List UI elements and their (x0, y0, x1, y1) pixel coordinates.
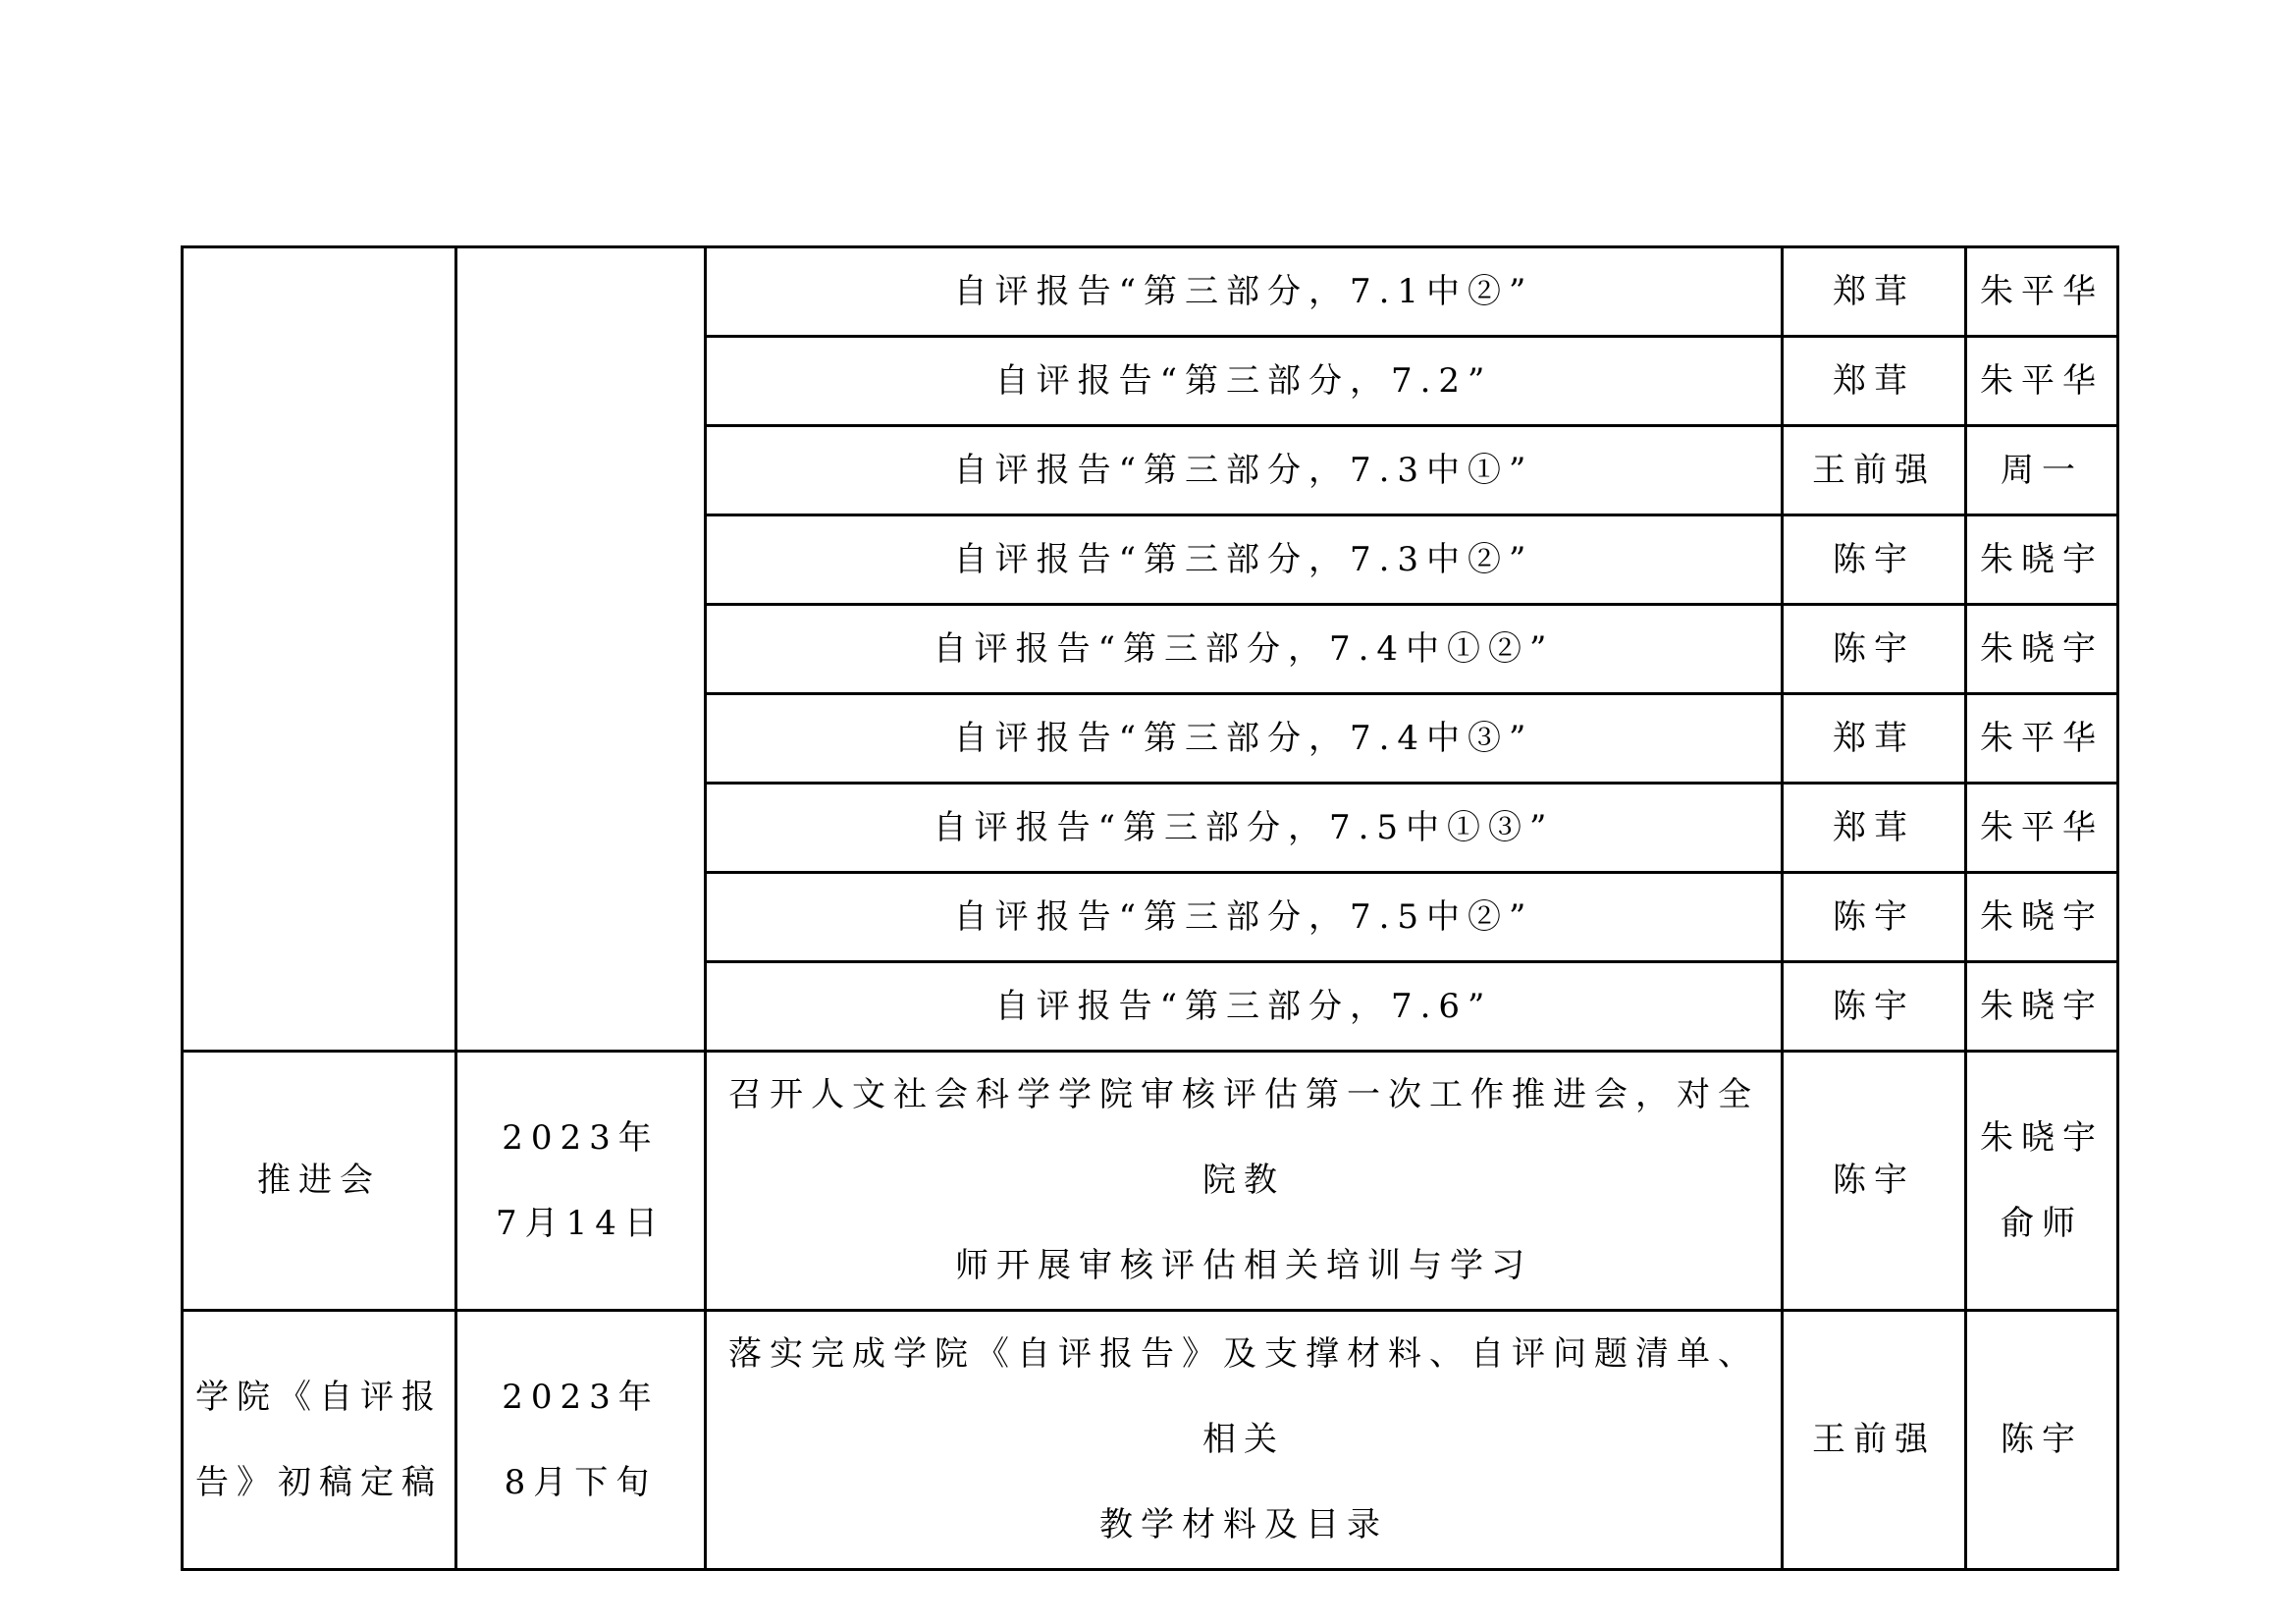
content-cell: 自评报告“第三部分，7.2” (706, 337, 1783, 426)
responsible-cell: 陈宇 (1783, 1052, 1966, 1311)
date-cell: 2023年 7月14日 (456, 1052, 706, 1311)
supervisor-cell: 陈宇 (1966, 1311, 2118, 1570)
table-row: 自评报告“第三部分，7.1中②” 郑茸 朱平华 (183, 247, 2118, 337)
responsible-cell: 陈宇 (1783, 873, 1966, 962)
responsible-cell: 陈宇 (1783, 962, 1966, 1052)
date-line: 2023年 (469, 1096, 692, 1181)
content-cell: 自评报告“第三部分，7.6” (706, 962, 1783, 1052)
supervisor-cell: 朱晓宇 俞师 (1966, 1052, 2118, 1311)
responsible-cell: 陈宇 (1783, 515, 1966, 605)
table-row-progress-meeting: 推进会 2023年 7月14日 召开人文社会科学学院审核评估第一次工作推进会，对… (183, 1052, 2118, 1311)
stage-line: 告》初稿定稿 (195, 1440, 443, 1526)
stage-cell-empty (183, 247, 456, 1052)
stage-line: 推进会 (195, 1138, 443, 1223)
work-schedule-table: 自评报告“第三部分，7.1中②” 郑茸 朱平华 自评报告“第三部分，7.2” 郑… (181, 245, 2119, 1571)
supervisor-cell: 朱平华 (1966, 784, 2118, 873)
responsible-cell: 郑茸 (1783, 694, 1966, 784)
supervisor-cell: 朱晓宇 (1966, 873, 2118, 962)
supervisor-cell: 朱平华 (1966, 247, 2118, 337)
stage-line: 学院《自评报 (195, 1355, 443, 1440)
date-cell: 2023年 8月下旬 (456, 1311, 706, 1570)
supervisor-line: 俞师 (1979, 1181, 2105, 1267)
content-cell: 自评报告“第三部分，7.5中②” (706, 873, 1783, 962)
supervisor-line: 朱晓宇 (1979, 1096, 2105, 1181)
responsible-cell: 郑茸 (1783, 784, 1966, 873)
document-page: 自评报告“第三部分，7.1中②” 郑茸 朱平华 自评报告“第三部分，7.2” 郑… (0, 0, 2296, 1624)
content-line: 召开人文社会科学学院审核评估第一次工作推进会，对全院教 (719, 1053, 1769, 1223)
supervisor-cell: 朱晓宇 (1966, 962, 2118, 1052)
responsible-line: 王前强 (1795, 1397, 1952, 1483)
content-line: 教学材料及目录 (719, 1483, 1769, 1568)
supervisor-cell: 朱晓宇 (1966, 605, 2118, 694)
responsible-cell: 陈宇 (1783, 605, 1966, 694)
content-line: 师开展审核评估相关培训与学习 (719, 1223, 1769, 1309)
content-cell: 自评报告“第三部分，7.3中②” (706, 515, 1783, 605)
stage-cell: 学院《自评报 告》初稿定稿 (183, 1311, 456, 1570)
content-cell: 自评报告“第三部分，7.4中①②” (706, 605, 1783, 694)
supervisor-cell: 朱平华 (1966, 337, 2118, 426)
stage-cell: 推进会 (183, 1052, 456, 1311)
responsible-cell: 郑茸 (1783, 247, 1966, 337)
responsible-cell: 王前强 (1783, 426, 1966, 515)
date-line: 2023年 (469, 1355, 692, 1440)
content-line: 落实完成学院《自评报告》及支撑材料、自评问题清单、相关 (719, 1312, 1769, 1483)
supervisor-cell: 朱晓宇 (1966, 515, 2118, 605)
content-cell: 召开人文社会科学学院审核评估第一次工作推进会，对全院教 师开展审核评估相关培训与… (706, 1052, 1783, 1311)
responsible-line: 陈宇 (1795, 1138, 1952, 1223)
supervisor-cell: 周一 (1966, 426, 2118, 515)
responsible-cell: 王前强 (1783, 1311, 1966, 1570)
supervisor-cell: 朱平华 (1966, 694, 2118, 784)
content-cell: 自评报告“第三部分，7.3中①” (706, 426, 1783, 515)
responsible-cell: 郑茸 (1783, 337, 1966, 426)
content-cell: 自评报告“第三部分，7.5中①③” (706, 784, 1783, 873)
content-cell: 自评报告“第三部分，7.1中②” (706, 247, 1783, 337)
content-cell: 落实完成学院《自评报告》及支撑材料、自评问题清单、相关 教学材料及目录 (706, 1311, 1783, 1570)
date-line: 7月14日 (469, 1181, 692, 1267)
content-cell: 自评报告“第三部分，7.4中③” (706, 694, 1783, 784)
table-row-report-draft: 学院《自评报 告》初稿定稿 2023年 8月下旬 落实完成学院《自评报告》及支撑… (183, 1311, 2118, 1570)
date-line: 8月下旬 (469, 1440, 692, 1526)
supervisor-line: 陈宇 (1979, 1397, 2105, 1483)
date-cell-empty (456, 247, 706, 1052)
